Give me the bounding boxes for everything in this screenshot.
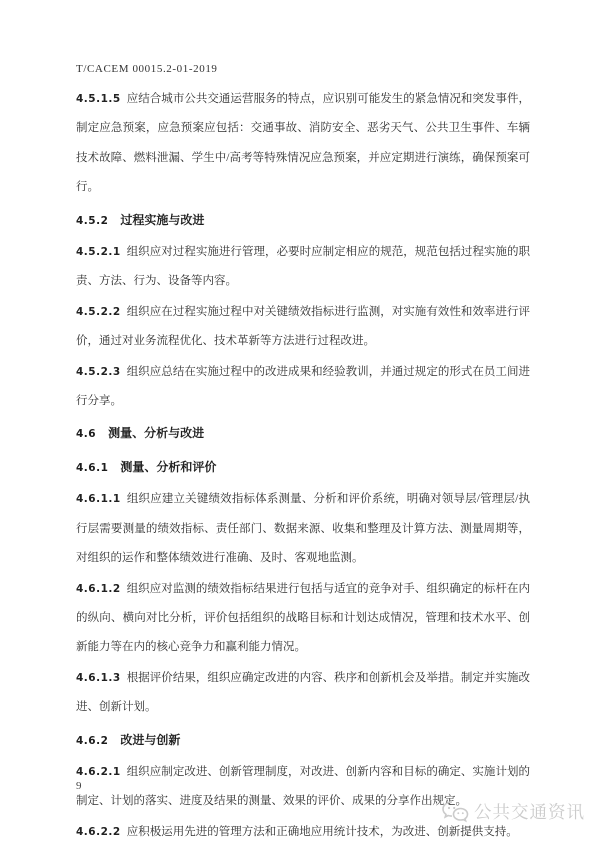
page-number: 9 xyxy=(76,780,82,792)
clause-text: 应积极运用先进的管理方法和正确地应用统计技术，为改进、创新提供支持。 xyxy=(127,826,518,838)
clause-number: 4.5.2 xyxy=(76,215,108,227)
clause-paragraph-4.5.2.3: 4.5.2.3组织应总结在实施过程中的改进成果和经验教训，并通过规定的形式在员工… xyxy=(76,358,530,417)
clause-text: 测量、分析与改进 xyxy=(108,426,204,440)
standard-number-header: T/CACEM 00015.2-01-2019 xyxy=(76,63,218,75)
clause-number: 4.6.1.2 xyxy=(76,583,121,595)
clause-text: 组织应对过程实施进行管理，必要时应制定相应的规范，规范包括过程实施的职责、方法、… xyxy=(76,246,530,287)
clause-number: 4.6.1 xyxy=(76,462,108,474)
clause-number: 4.6.2.2 xyxy=(76,826,121,838)
clause-text: 组织应总结在实施过程中的改进成果和经验教训，并通过规定的形式在员工间进行分享。 xyxy=(76,366,530,407)
clause-paragraph-4.6.1.3: 4.6.1.3根据评价结果，组织应确定改进的内容、秩序和创新机会及举措。制定并实… xyxy=(76,664,530,723)
clause-text: 应结合城市公共交通运营服务的特点，应识别可能发生的紧急情况和突发事件，制定应急预… xyxy=(76,93,530,193)
clause-paragraph-4.5.1.5: 4.5.1.5应结合城市公共交通运营服务的特点，应识别可能发生的紧急情况和突发事… xyxy=(76,85,530,203)
watermark-text: 公共交通资讯 xyxy=(474,799,585,824)
section-heading-4.6.1: 4.6.1测量、分析和评价 xyxy=(76,453,530,483)
clause-paragraph-4.6.1.2: 4.6.1.2组织应对监测的绩效指标结果进行包括与适宜的竞争对手、组织确定的标杆… xyxy=(76,575,530,663)
clause-number: 4.5.1.5 xyxy=(76,93,121,105)
clause-number: 4.6 xyxy=(76,428,96,440)
clause-text: 组织应建立关键绩效指标体系测量、分析和评价系统，明确对领导层/管理层/执行层需要… xyxy=(76,493,530,564)
clause-number: 4.6.2.1 xyxy=(76,766,121,778)
clause-number: 4.6.2 xyxy=(76,735,108,747)
clause-number: 4.5.2.3 xyxy=(76,366,121,378)
clause-paragraph-4.5.2.1: 4.5.2.1组织应对过程实施进行管理，必要时应制定相应的规范，规范包括过程实施… xyxy=(76,238,530,297)
section-heading-4.6: 4.6测量、分析与改进 xyxy=(76,419,530,449)
clause-text: 测量、分析和评价 xyxy=(120,460,216,474)
clause-paragraph-4.6.1.1: 4.6.1.1组织应建立关键绩效指标体系测量、分析和评价系统，明确对领导层/管理… xyxy=(76,485,530,573)
clause-text: 组织应在过程实施过程中对关键绩效指标进行监测，对实施有效性和效率进行评价，通过对… xyxy=(76,306,530,347)
document-body: 4.5.1.5应结合城市公共交通运营服务的特点，应识别可能发生的紧急情况和突发事… xyxy=(76,85,530,845)
clause-number: 4.5.2.1 xyxy=(76,246,121,258)
wechat-icon xyxy=(441,800,469,824)
clause-text: 过程实施与改进 xyxy=(120,213,204,227)
clause-text: 组织应对监测的绩效指标结果进行包括与适宜的竞争对手、组织确定的标杆在内的纵向、横… xyxy=(76,583,530,654)
watermark: 公共交通资讯 xyxy=(441,799,585,824)
section-heading-4.6.2: 4.6.2改进与创新 xyxy=(76,726,530,756)
clause-text: 改进与创新 xyxy=(120,733,180,747)
scanned-document-page: T/CACEM 00015.2-01-2019 4.5.1.5应结合城市公共交通… xyxy=(0,0,600,845)
clause-number: 4.6.1.3 xyxy=(76,672,121,684)
clause-text: 根据评价结果，组织应确定改进的内容、秩序和创新机会及举措。制定并实施改进、创新计… xyxy=(76,672,530,713)
clause-number: 4.5.2.2 xyxy=(76,306,121,318)
section-heading-4.5.2: 4.5.2过程实施与改进 xyxy=(76,206,530,236)
clause-paragraph-4.5.2.2: 4.5.2.2组织应在过程实施过程中对关键绩效指标进行监测，对实施有效性和效率进… xyxy=(76,298,530,357)
clause-number: 4.6.1.1 xyxy=(76,493,121,505)
